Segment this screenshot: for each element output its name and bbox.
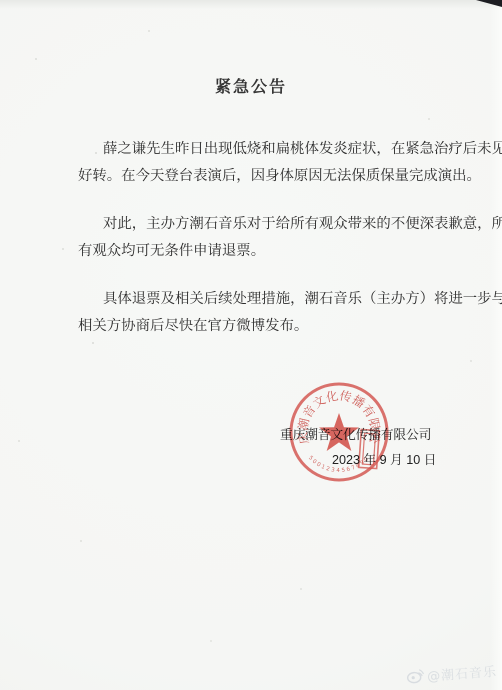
paragraph-line: 有观众均可无条件申请退票。 [78, 243, 265, 259]
notice-title: 紧急公告 [0, 74, 502, 97]
weibo-icon [406, 668, 425, 684]
scanned-notice-page: 紧急公告 薛之谦先生昨日出现低烧和扁桃体发炎症状，在紧急治疗后未见 好转。在今天… [0, 0, 502, 690]
svg-text:5001234567890: 5001234567890 [307, 455, 371, 474]
paragraph-line: 具体退票及相关后续处理措施，潮石音乐（主办方）将进一步与 [103, 291, 502, 307]
star-icon [319, 413, 359, 451]
watermark-text: @潮石音乐 [426, 661, 497, 685]
company-seal-stamp-icon: 重庆潮音文化传播有限公司 5001234567890 [284, 377, 394, 487]
photo-corner-background [476, 0, 502, 7]
paragraph: 对此，主办方潮石音乐对于给所有观众带来的不便深表歉意，所 有观众均可无条件申请退… [78, 211, 468, 265]
paragraph: 具体退票及相关后续处理措施，潮石音乐（主办方）将进一步与 相关方协商后尽快在官方… [78, 286, 468, 340]
paragraph-line: 相关方协商后尽快在官方微博发布。 [78, 318, 308, 334]
paper-specks [0, 0, 2, 2]
paragraph: 薛之谦先生昨日出现低烧和扁桃体发炎症状，在紧急治疗后未见 好转。在今天登台表演后… [78, 136, 468, 190]
paper-top-shadow [0, 0, 502, 9]
watermark: @潮石音乐 [405, 661, 497, 686]
paragraph-line: 对此，主办方潮石音乐对于给所有观众带来的不便深表歉意，所 [103, 216, 502, 232]
stamp-serial-number: 5001234567890 [307, 455, 371, 474]
notice-body: 薛之谦先生昨日出现低烧和扁桃体发炎症状，在紧急治疗后未见 好转。在今天登台表演后… [78, 136, 468, 361]
paragraph-line: 薛之谦先生昨日出现低烧和扁桃体发炎症状，在紧急治疗后未见 [103, 141, 502, 157]
paragraph-line: 好转。在今天登台表演后，因身体原因无法保质保量完成演出。 [78, 168, 481, 184]
paper-right-edge-highlight [490, 0, 502, 690]
